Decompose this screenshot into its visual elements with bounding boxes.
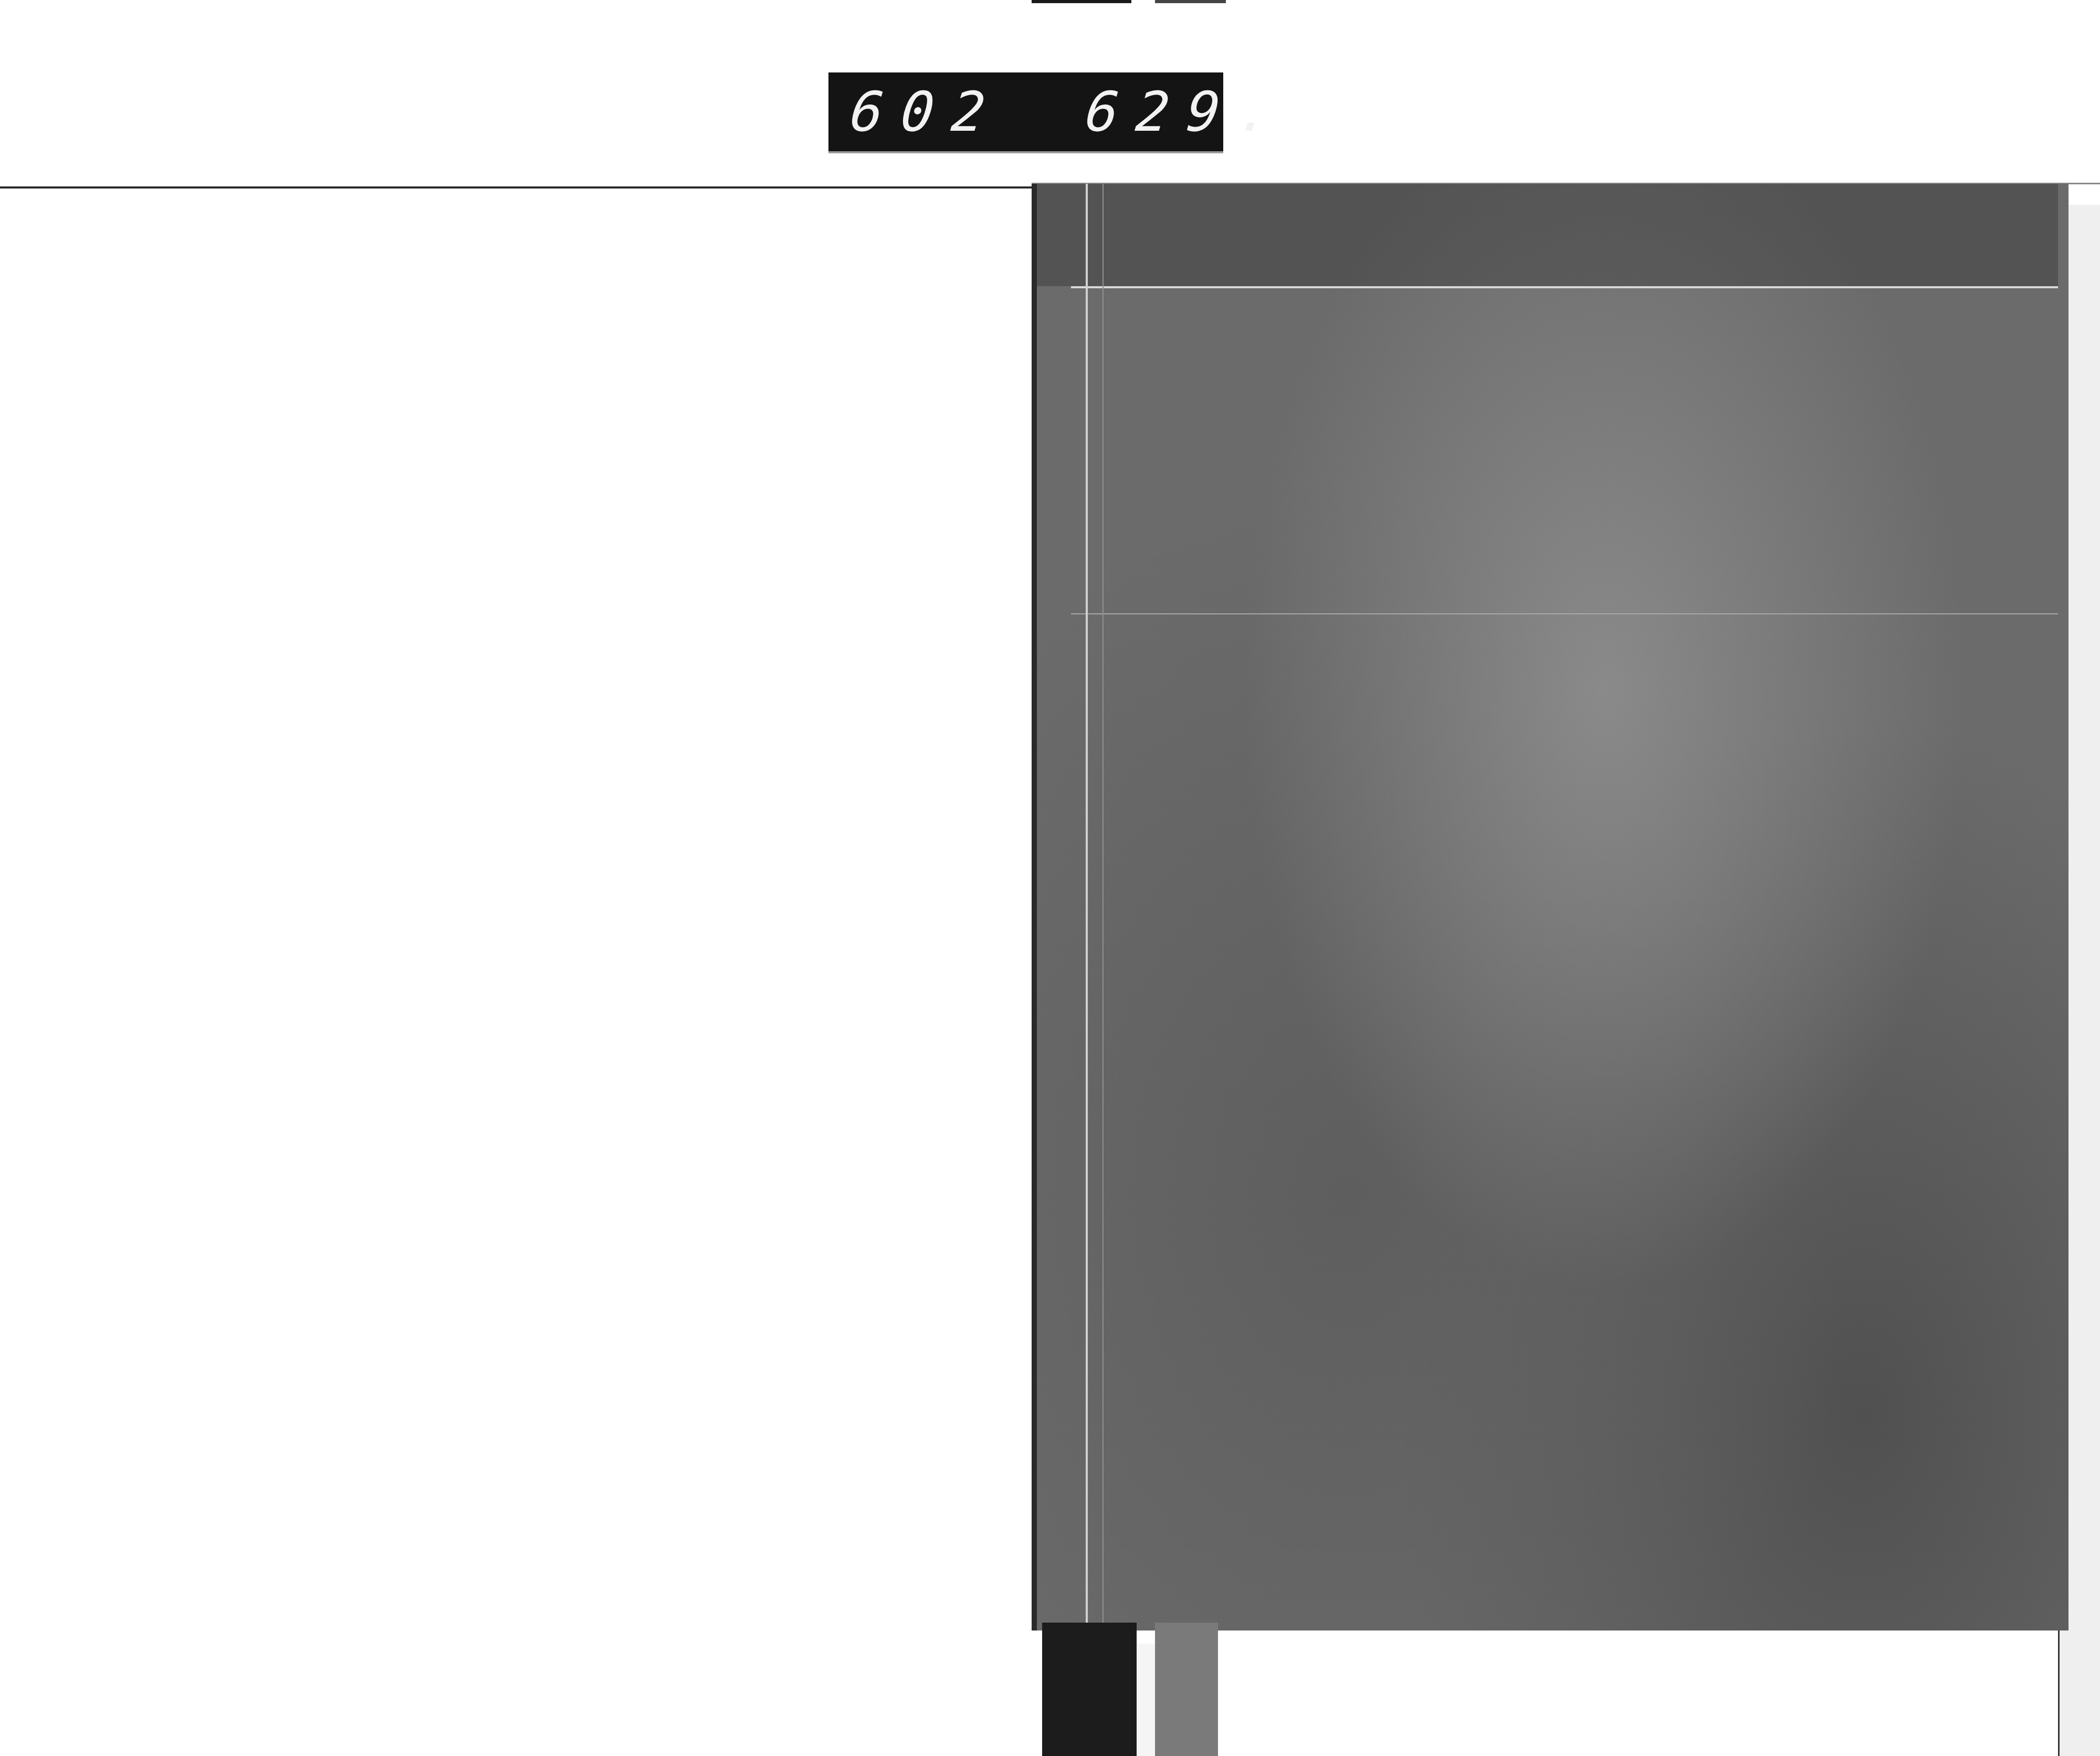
spine-binding-line [1086,184,1088,1630]
top-film-strip-dark [1032,0,1131,3]
spine-binding-line-inner [1102,184,1104,1630]
book-cover [1032,184,2068,1630]
cover-horizontal-line-upper [1071,286,2058,288]
bottom-clasp-dark [1042,1623,1137,1756]
top-film-strip-grey [1155,0,1226,3]
cover-top-band [1037,184,2058,286]
frame-counter-left-value: 602 [847,80,1006,144]
cover-horizontal-line-middle [1071,613,2058,614]
bottom-clasp-gap [1137,1644,1155,1756]
horizontal-rule [0,186,1032,189]
bottom-clasp-grey [1155,1623,1218,1756]
frame-counter-label: 602 629. [828,72,1223,151]
frame-counter-right-value: 629. [1083,80,1292,144]
